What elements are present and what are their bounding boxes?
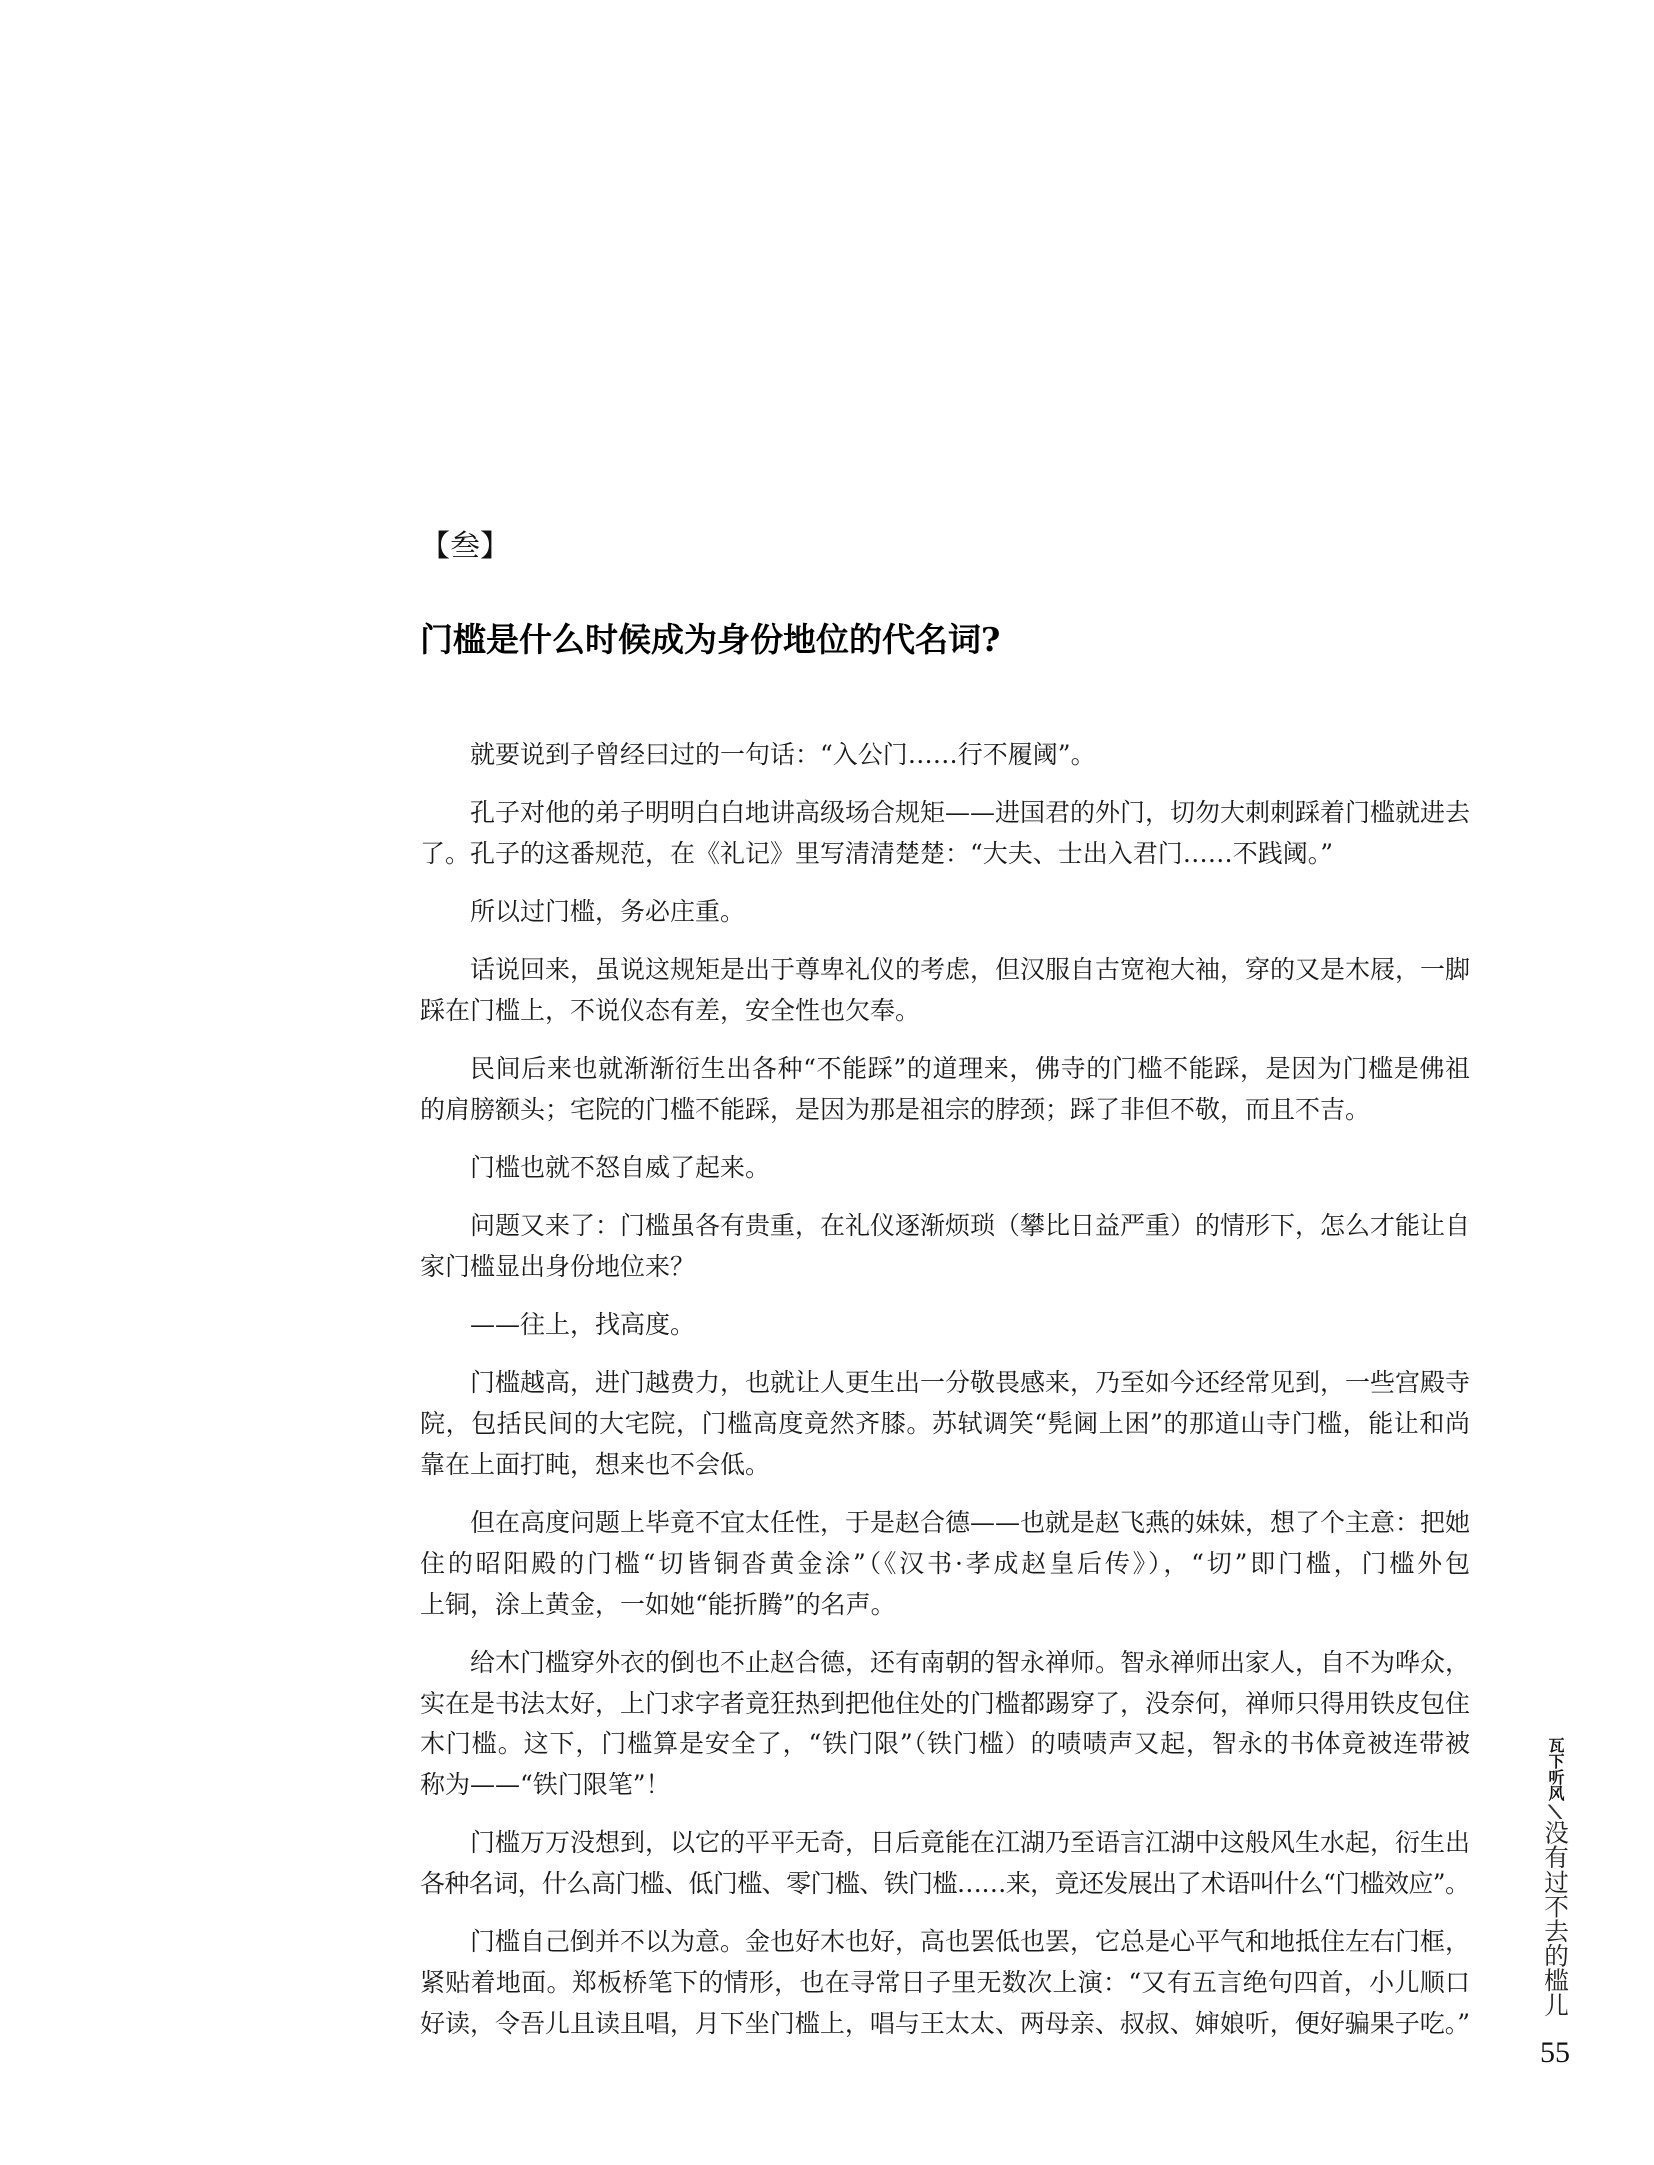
text-line: 民间后来也就渐渐衍生出各种“不能踩”的道理来，佛寺的门槛不能踩，是因为门槛是佛祖 (420, 1049, 1470, 1090)
text-line: 紧贴着地面。郑板桥笔下的情形，也在寻常日子里无数次上演：“又有五言绝句四首，小儿… (420, 1963, 1470, 2004)
paragraph: 给木门槛穿外衣的倒也不止赵合德，还有南朝的智永禅师。智永禅师出家人，自不为哗众，… (420, 1643, 1470, 1806)
line-text: 院，包括民间的大宅院，门槛高度竟然齐膝。苏轼调笑“髡阃上困”的那道山寺门槛，能让… (420, 1404, 1471, 1445)
text-line: 院，包括民间的大宅院，门槛高度竟然齐膝。苏轼调笑“髡阃上困”的那道山寺门槛，能让… (420, 1404, 1470, 1445)
line-text: 就要说到子曾经曰过的一句话：“入公门……行不履阈”。 (470, 735, 1096, 776)
text-line: 家门槛显出身份地位来？ (420, 1247, 1470, 1288)
text-line: ——往上，找高度。 (420, 1305, 1470, 1346)
text-line: 住的昭阳殿的门槛“切皆铜沓黄金涂”（《汉书·孝成赵皇后传》），“切”即门槛，门槛… (420, 1544, 1470, 1585)
line-text: ——往上，找高度。 (470, 1305, 695, 1346)
line-text: 住的昭阳殿的门槛“切皆铜沓黄金涂”（《汉书·孝成赵皇后传》），“切”即门槛，门槛… (420, 1544, 1473, 1585)
line-text: 门槛万万没想到，以它的平平无奇，日后竟能在江湖乃至语言江湖中这般风生水起，衍生出 (470, 1823, 1470, 1864)
text-line: 靠在上面打盹，想来也不会低。 (420, 1445, 1470, 1486)
text-line: 好读，令吾儿且读且唱，月下坐门槛上，唱与王太太、两母亲、叔叔、婶娘听，便好骗果子… (420, 2004, 1470, 2045)
paragraph: 孔子对他的弟子明明白白地讲高级场合规矩——进国君的外门，切勿大刺刺踩着门槛就进去… (420, 793, 1470, 875)
text-line: 门槛万万没想到，以它的平平无奇，日后竟能在江湖乃至语言江湖中这般风生水起，衍生出 (420, 1823, 1470, 1864)
paragraph: 门槛也就不怒自威了起来。 (420, 1148, 1470, 1189)
line-text: 但在高度问题上毕竟不宜太任性，于是赵合德——也就是赵飞燕的妹妹，想了个主意：把她 (470, 1503, 1470, 1544)
section-marker: 【叁】 (420, 532, 510, 562)
text-line: 孔子对他的弟子明明白白地讲高级场合规矩——进国君的外门，切勿大刺刺踩着门槛就进去 (420, 793, 1470, 834)
paragraph: 问题又来了：门槛虽各有贵重，在礼仪逐渐烦琐（攀比日益严重）的情形下，怎么才能让自… (420, 1206, 1470, 1288)
text-line: 称为——“铁门限笔”！ (420, 1765, 1470, 1806)
paragraph: 门槛万万没想到，以它的平平无奇，日后竟能在江湖乃至语言江湖中这般风生水起，衍生出… (420, 1823, 1470, 1905)
line-text: 好读，令吾儿且读且唱，月下坐门槛上，唱与王太太、两母亲、叔叔、婶娘听，便好骗果子… (420, 2004, 1470, 2045)
line-text: 实在是书法太好，上门求字者竟狂热到把他住处的门槛都踢穿了，没奈何，禅师只得用铁皮… (420, 1684, 1470, 1725)
text-line: 话说回来，虽说这规矩是出于尊卑礼仪的考虑，但汉服自古宽袍大袖，穿的又是木屐，一脚 (420, 950, 1470, 991)
paragraph: 门槛自己倒并不以为意。金也好木也好，高也罢低也罢，它总是心平气和地抵住左右门框，… (420, 1922, 1470, 2044)
text-line: 给木门槛穿外衣的倒也不止赵合德，还有南朝的智永禅师。智永禅师出家人，自不为哗众， (420, 1643, 1470, 1684)
line-text: 的肩膀额头；宅院的门槛不能踩，是因为那是祖宗的脖颈；踩了非但不敬，而且不吉。 (420, 1090, 1370, 1131)
paragraph: ——往上，找高度。 (420, 1305, 1470, 1346)
text-line: 了。孔子的这番规范，在《礼记》里写清清楚楚：“大夫、士出入君门……不践阈。” (420, 834, 1470, 875)
text-line: 门槛越高，进门越费力，也就让人更生出一分敬畏感来，乃至如今还经常见到，一些宫殿寺 (420, 1363, 1470, 1404)
page-number: 55 (1540, 2038, 1570, 2068)
paragraph: 话说回来，虽说这规矩是出于尊卑礼仪的考虑，但汉服自古宽袍大袖，穿的又是木屐，一脚… (420, 950, 1470, 1032)
line-text: 靠在上面打盹，想来也不会低。 (420, 1445, 770, 1486)
line-text: 话说回来，虽说这规矩是出于尊卑礼仪的考虑，但汉服自古宽袍大袖，穿的又是木屐，一脚 (470, 950, 1470, 991)
line-text: 木门槛。这下，门槛算是安全了，“铁门限”（铁门槛）的啧啧声又起，智永的书体竟被连… (420, 1724, 1471, 1765)
text-line: 但在高度问题上毕竟不宜太任性，于是赵合德——也就是赵飞燕的妹妹，想了个主意：把她 (420, 1503, 1470, 1544)
line-text: 门槛自己倒并不以为意。金也好木也好，高也罢低也罢，它总是心平气和地抵住左右门框， (470, 1922, 1470, 1963)
text-line: 的肩膀额头；宅院的门槛不能踩，是因为那是祖宗的脖颈；踩了非但不敬，而且不吉。 (420, 1090, 1470, 1131)
paragraph: 就要说到子曾经曰过的一句话：“入公门……行不履阈”。 (420, 735, 1470, 776)
line-text: 所以过门槛，务必庄重。 (470, 892, 745, 933)
text-line: 各种名词，什么高门槛、低门槛、零门槛、铁门槛……来，竟还发展出了术语叫什么“门槛… (420, 1864, 1470, 1905)
line-text: 门槛越高，进门越费力，也就让人更生出一分敬畏感来，乃至如今还经常见到，一些宫殿寺 (470, 1363, 1470, 1404)
line-text: 家门槛显出身份地位来？ (420, 1247, 695, 1288)
line-text: 了。孔子的这番规范，在《礼记》里写清清楚楚：“大夫、士出入君门……不践阈。” (420, 834, 1333, 875)
line-text: 上铜，涂上黄金，一如她“能折腾”的名声。 (420, 1585, 896, 1626)
text-line: 所以过门槛，务必庄重。 (420, 892, 1470, 933)
paragraph: 民间后来也就渐渐衍生出各种“不能踩”的道理来，佛寺的门槛不能踩，是因为门槛是佛祖… (420, 1049, 1470, 1131)
running-head-series: 瓦下听风 (1546, 1737, 1564, 1801)
paragraph: 门槛越高，进门越费力，也就让人更生出一分敬畏感来，乃至如今还经常见到，一些宫殿寺… (420, 1363, 1470, 1485)
paragraph: 但在高度问题上毕竟不宜太任性，于是赵合德——也就是赵飞燕的妹妹，想了个主意：把她… (420, 1503, 1470, 1625)
text-line: 上铜，涂上黄金，一如她“能折腾”的名声。 (420, 1585, 1470, 1626)
line-text: 民间后来也就渐渐衍生出各种“不能踩”的道理来，佛寺的门槛不能踩，是因为门槛是佛祖 (470, 1049, 1471, 1090)
line-text: 问题又来了：门槛虽各有贵重，在礼仪逐渐烦琐（攀比日益严重）的情形下，怎么才能让自 (470, 1206, 1470, 1247)
line-text: 各种名词，什么高门槛、低门槛、零门槛、铁门槛……来，竟还发展出了术语叫什么“门槛… (420, 1864, 1469, 1905)
text-line: 踩在门槛上，不说仪态有差，安全性也欠奉。 (420, 991, 1470, 1032)
line-text: 踩在门槛上，不说仪态有差，安全性也欠奉。 (420, 991, 920, 1032)
running-head-book-title: 没有过不去的槛儿 (1542, 1820, 1568, 2017)
section-title: 门槛是什么时候成为身份地位的代名词? (420, 620, 1000, 660)
text-line: 门槛自己倒并不以为意。金也好木也好，高也罢低也罢，它总是心平气和地抵住左右门框， (420, 1922, 1470, 1963)
text-line: 就要说到子曾经曰过的一句话：“入公门……行不履阈”。 (420, 735, 1470, 776)
running-head-separator: / (1531, 1802, 1579, 1822)
line-text: 称为——“铁门限笔”！ (420, 1765, 671, 1806)
text-line: 问题又来了：门槛虽各有贵重，在礼仪逐渐烦琐（攀比日益严重）的情形下，怎么才能让自 (420, 1206, 1470, 1247)
line-text: 紧贴着地面。郑板桥笔下的情形，也在寻常日子里无数次上演：“又有五言绝句四首，小儿… (420, 1963, 1470, 2004)
text-line: 门槛也就不怒自威了起来。 (420, 1148, 1470, 1189)
text-line: 木门槛。这下，门槛算是安全了，“铁门限”（铁门槛）的啧啧声又起，智永的书体竟被连… (420, 1724, 1470, 1765)
paragraph: 所以过门槛，务必庄重。 (420, 892, 1470, 933)
line-text: 给木门槛穿外衣的倒也不止赵合德，还有南朝的智永禅师。智永禅师出家人，自不为哗众， (470, 1643, 1470, 1684)
article-body: 就要说到子曾经曰过的一句话：“入公门……行不履阈”。 孔子对他的弟子明明白白地讲… (420, 735, 1470, 2063)
line-text: 门槛也就不怒自威了起来。 (470, 1148, 770, 1189)
line-text: 孔子对他的弟子明明白白地讲高级场合规矩——进国君的外门，切勿大刺刺踩着门槛就进去 (470, 793, 1470, 834)
text-line: 实在是书法太好，上门求字者竟狂热到把他住处的门槛都踢穿了，没奈何，禅师只得用铁皮… (420, 1684, 1470, 1725)
